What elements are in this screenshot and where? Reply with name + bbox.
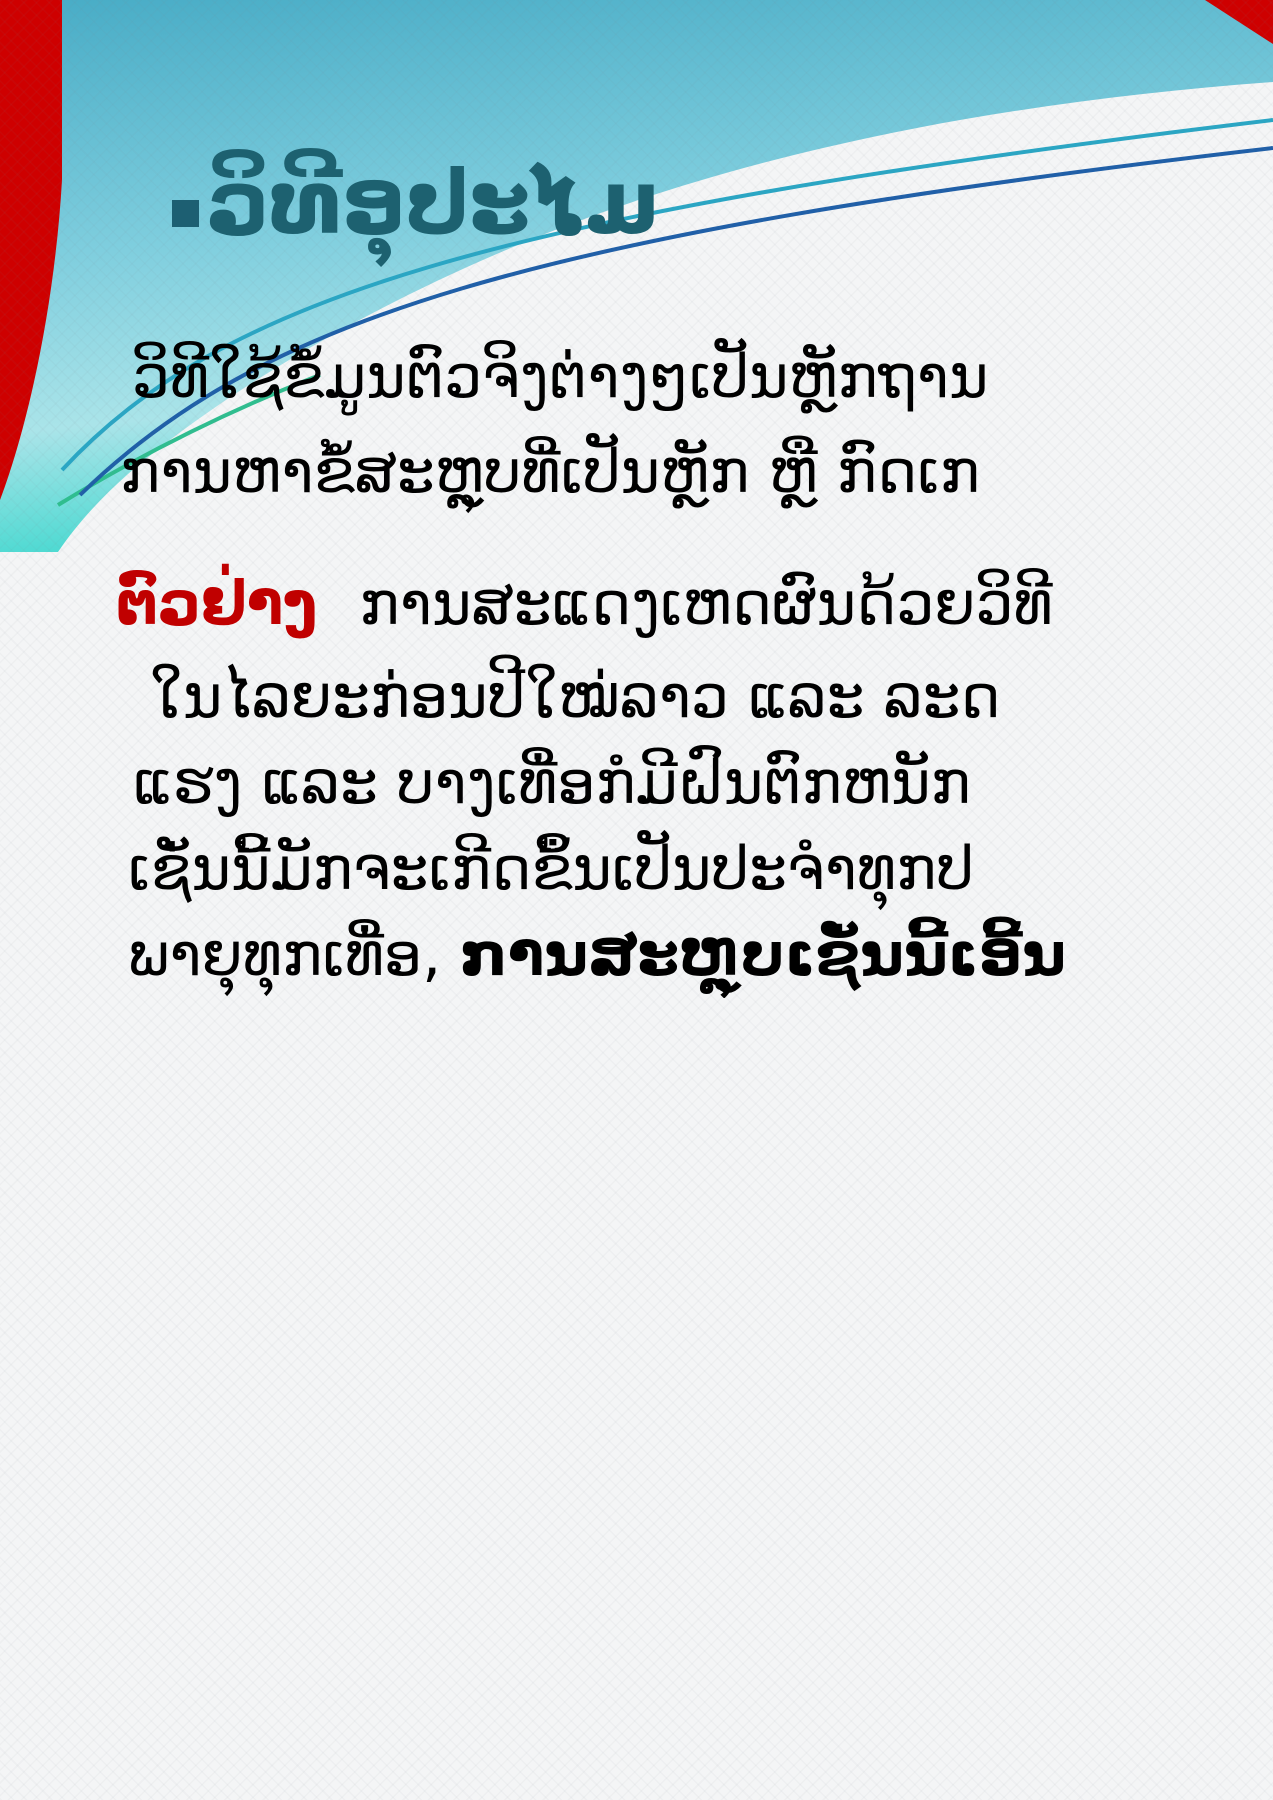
presentation-slide: ວິທີອຸປະໄມ ວິທີໃຊ້ຂໍ້ມູນຕົວຈິງຕ່າງໆເປັນຫ… [0, 0, 1273, 1800]
example-line: ຕົວຢ່າງການສະແດງເຫດຜົນດ້ວຍວິທີ [0, 558, 1273, 650]
body-line-7: ພາຍຸທຸກເທື່ອ, ການສະຫຼຸບເຊັ່ນນີ້ເອີ້ນ [0, 912, 1273, 998]
example-text: ການສະແດງເຫດຜົນດ້ວຍວິທີ [359, 569, 1052, 639]
body-line-6: ເຊັ່ນນີ້ມັກຈະເກີດຂຶ້ນເປັນປະຈຳທຸກປ [0, 826, 1273, 912]
body-line-4: ໃນໄລຍະກ່ອນປີໃໝ່ລາວ ແລະ ລະດ [0, 654, 1273, 740]
body-line-2: ການຫາຂໍ້ສະຫຼຸບທີ່ເປັນຫຼັກ ຫຼື ກົດເກ [0, 425, 1273, 520]
body-line-7-bold: ການສະຫຼຸບເຊັ່ນນີ້ເອີ້ນ [460, 920, 1066, 990]
slide-content: ວິທີອຸປະໄມ ວິທີໃຊ້ຂໍ້ມູນຕົວຈິງຕ່າງໆເປັນຫ… [0, 0, 1273, 1800]
example-label: ຕົວຢ່າງ [116, 569, 317, 639]
body-line-5: ແຮງ ແລະ ບາງເທື່ອກໍມີຝົນຕົກຫນັກ [0, 740, 1273, 826]
title-bullet-icon [172, 200, 199, 227]
body-text: ວິທີໃຊ້ຂໍ້ມູນຕົວຈິງຕ່າງໆເປັນຫຼັກຖານ ການຫ… [0, 330, 1273, 998]
example-paragraph: ໃນໄລຍະກ່ອນປີໃໝ່ລາວ ແລະ ລະດ ແຮງ ແລະ ບາງເທ… [0, 654, 1273, 998]
body-line-1: ວິທີໃຊ້ຂໍ້ມູນຕົວຈິງຕ່າງໆເປັນຫຼັກຖານ [0, 330, 1273, 425]
slide-title: ວິທີອຸປະໄມ [207, 148, 659, 258]
title-row: ວິທີອຸປະໄມ [172, 148, 659, 258]
body-line-7-normal: ພາຍຸທຸກເທື່ອ, [128, 920, 460, 990]
